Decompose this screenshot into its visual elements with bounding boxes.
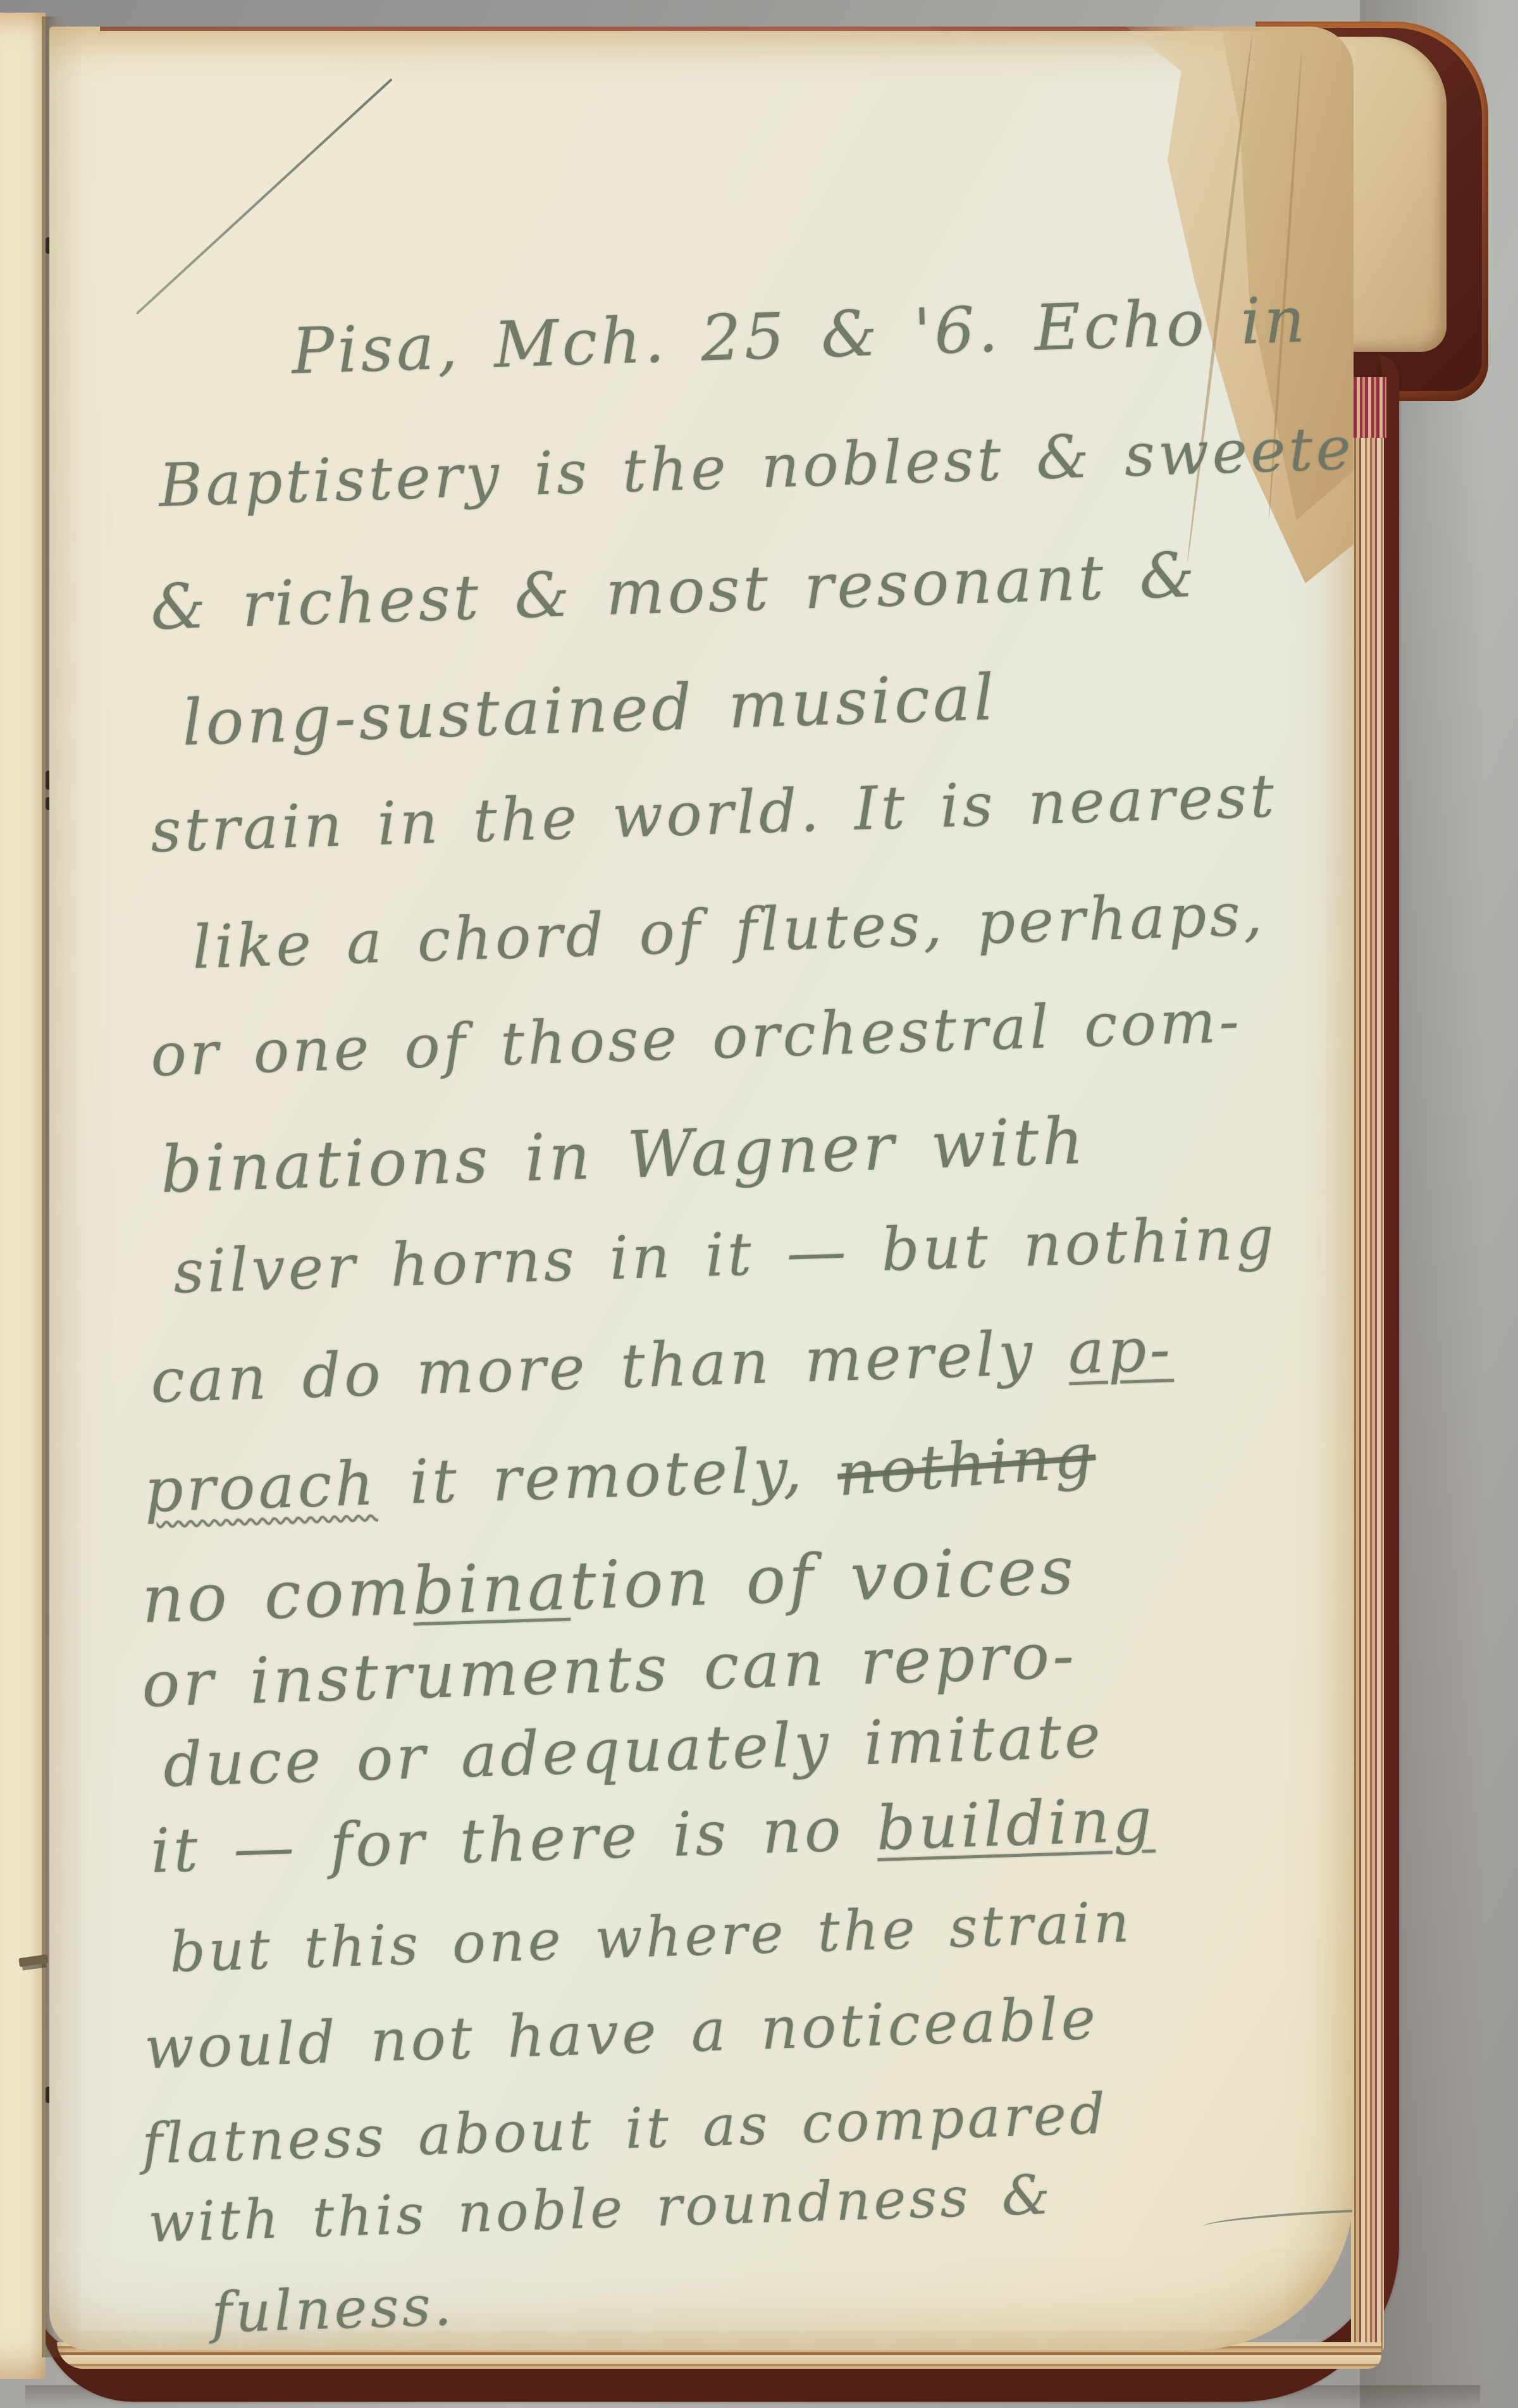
handwriting-line: Baptistery is the noblest & sweetest [158, 413, 1354, 521]
line-text: Baptistery is the noblest & sweetest [158, 413, 1354, 521]
handwriting-line: it — for there is no building [149, 1784, 1156, 1887]
line-text: tion of voices [569, 1532, 1078, 1625]
line-text: strain in the world. It is nearest [150, 762, 1278, 866]
line-text: it — for there is no [149, 1793, 877, 1887]
handwriting-line: would not have a noticeable [144, 1985, 1100, 2082]
line-text: no com [140, 1553, 414, 1638]
handwriting-line: proach it remotely, nothing [143, 1425, 1097, 1526]
line-text: would not have a noticeable [144, 1985, 1100, 2082]
line-text: & richest & most resonant & [149, 539, 1199, 644]
line-text: Pisa, Mch. 25 & '6. Echo in [290, 283, 1309, 388]
handwriting-line: Pisa, Mch. 25 & '6. Echo in [290, 283, 1309, 388]
handwriting-line: or one of those orchestral com- [150, 987, 1243, 1090]
line-text: it remotely, [376, 1434, 839, 1519]
handwriting-line: but this one where the strain [169, 1889, 1133, 1985]
facing-page-edge [0, 13, 46, 2379]
handwriting-line: fulness. [211, 2273, 455, 2345]
photo-stage: Pisa, Mch. 25 & '6. Echo in Baptistery i… [0, 0, 1518, 2408]
line-text: binations in Wagner with [159, 1103, 1088, 1208]
line-text: flatness about it as compared [141, 2081, 1109, 2176]
line-text: silver horns in it — but nothing [173, 1203, 1278, 1307]
handwriting-line: with this noble roundness & [147, 2163, 1054, 2255]
underlined-word: ap- [1067, 1313, 1175, 1387]
line-text: but this one where the strain [169, 1889, 1133, 1985]
notebook-page: Pisa, Mch. 25 & '6. Echo in Baptistery i… [49, 27, 1354, 2350]
handwriting-line: long-sustained musical [181, 661, 998, 760]
underlined-word: building [875, 1784, 1156, 1864]
line-text: or one of those orchestral com- [150, 987, 1243, 1090]
handwriting-line: like a chord of flutes, perhaps, [192, 880, 1267, 983]
handwriting-line: can do more than merely ap- [149, 1313, 1174, 1417]
pencil-flourish-stroke [1203, 2204, 1354, 2241]
line-text: long-sustained musical [181, 661, 998, 760]
line-text: like a chord of flutes, perhaps, [192, 880, 1267, 983]
line-text: with this noble roundness & [147, 2163, 1054, 2255]
line-text: can do more than merely [149, 1317, 1069, 1417]
wavy-underlined-word: proach [143, 1448, 378, 1526]
underlined-word: bina [411, 1548, 571, 1630]
handwriting-line: silver horns in it — but nothing [173, 1203, 1278, 1307]
line-text: fulness. [211, 2273, 455, 2345]
handwriting-line: flatness about it as compared [141, 2081, 1109, 2176]
struck-out-word: nothing [835, 1420, 1098, 1510]
handwriting-line: & richest & most resonant & [149, 539, 1199, 644]
fore-edge-pages-right [1351, 377, 1384, 2356]
handwriting-line: binations in Wagner with [159, 1103, 1088, 1208]
handwriting-line: strain in the world. It is nearest [150, 762, 1278, 866]
use-mark-slash [136, 78, 393, 315]
